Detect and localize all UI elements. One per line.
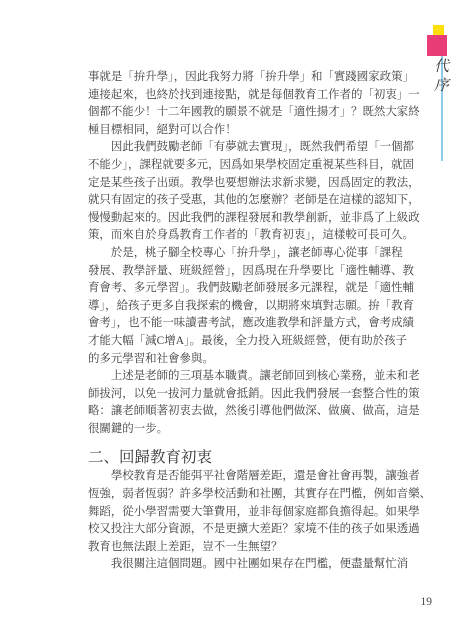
text-line: 個都不能少！十二年國教的願景不就是「適性揚才」？既然大家終 [88,104,424,122]
page-number: 19 [421,596,433,608]
text-line: 的多元學習和社會參與。 [88,351,424,369]
text-line: 定是某些孩子出頭。教學也要想辦法求新求變，因爲固定的教法， [88,175,424,193]
text-line: 不能少」，課程就要多元，因爲如果學校固定重視某些科目，就固 [88,157,424,175]
pink-square-decoration [427,35,447,56]
paragraph: 我很關注這個問題。國中社團如果存在門檻，便盡量幫忙消 [88,556,424,574]
text-line: 才能大幅「減C增A」。最後，全力投入班級經營，便有助於孩子 [88,333,424,351]
text-line: 慢慢動起來的。因此我們的課程發展和教學創新，並非爲了上級政 [88,210,424,228]
text-block: 事就是「拚升學」，因此我努力將「拚升學」和「實踐國家政策」連接起來，也終於找到連… [88,69,424,574]
text-line: 略：讓老師順著初衷去做，然後引導他們做深、做廣、做高，這是 [88,403,424,421]
text-line: 師拔河，以免一拔河力量就會抵銷。因此我們發展一套整合性的策 [88,386,424,404]
book-page: 代序 事就是「拚升學」，因此我努力將「拚升學」和「實踐國家政策」連接起來，也終於… [0,0,462,640]
text-line: 校又投注大部分資源，不是更擴大差距？家境不佳的孩子如果透過 [88,521,424,539]
text-line: 學校教育是否能弭平社會階層差距，還是會社會再製，讓強者 [88,468,424,486]
section-heading: 二、回歸教育初衷 [88,448,424,468]
text-line: 連接起來，也終於找到連接點，就是每個教育工作者的「初衷」一 [88,87,424,105]
paragraph: 於是，桃子腳全校專心「拚升學」，讓老師專心從事「課程發展、教學評量、班級經營」，… [88,245,424,368]
text-line: 會考」，也不能一味讀書考試，應改進教學和評量方式，會考成績 [88,315,424,333]
text-line: 發展、教學評量、班級經營」，因爲現在升學要比「適性輔導、教 [88,263,424,281]
text-line: 上述是老師的三項基本職責。讓老師回到核心業務，並未和老 [88,368,424,386]
text-line: 很關鍵的一步。 [88,421,424,439]
chapter-margin-label: 代序 [430,58,451,96]
text-line: 恆強，弱者恆弱？許多學校活動和社團，其實存在門檻，例如音樂、 [88,486,424,504]
text-line: 育會考、多元學習」。我們鼓勵老師發展多元課程，就是「適性輔 [88,280,424,298]
paragraph: 上述是老師的三項基本職責。讓老師回到核心業務，並未和老師拔河，以免一拔河力量就會… [88,368,424,438]
paragraph: 學校教育是否能弭平社會階層差距，還是會社會再製，讓強者恆強，弱者恆弱？許多學校活… [88,468,424,556]
paragraph: 因此我們鼓勵老師「有夢就去實現」，既然我們希望「一個都不能少」，課程就要多元，因… [88,139,424,245]
text-line: 就只有固定的孩子受惠，其他的怎麼辦？老師是在這樣的認知下， [88,192,424,210]
text-line: 舞蹈，從小學習需要大筆費用，並非每個家庭都負擔得起。如果學 [88,504,424,522]
text-line: 事就是「拚升學」，因此我努力將「拚升學」和「實踐國家政策」 [88,69,424,87]
text-line: 極目標相同，絕對可以合作！ [88,122,424,140]
paragraph: 事就是「拚升學」，因此我努力將「拚升學」和「實踐國家政策」連接起來，也終於找到連… [88,69,424,139]
text-line: 我很關注這個問題。國中社團如果存在門檻，便盡量幫忙消 [88,556,424,574]
text-line: 導」，給孩子更多自我探索的機會，以期將來填對志願。拚「教育 [88,298,424,316]
text-line: 因此我們鼓勵老師「有夢就去實現」，既然我們希望「一個都 [88,139,424,157]
text-line: 教育也無法跟上差距，豈不一生無望？ [88,539,424,557]
text-line: 於是，桃子腳全校專心「拚升學」，讓老師專心從事「課程 [88,245,424,263]
text-line: 策，而來自於身爲教育工作者的「教育初衷」，這樣較可長可久。 [88,227,424,245]
